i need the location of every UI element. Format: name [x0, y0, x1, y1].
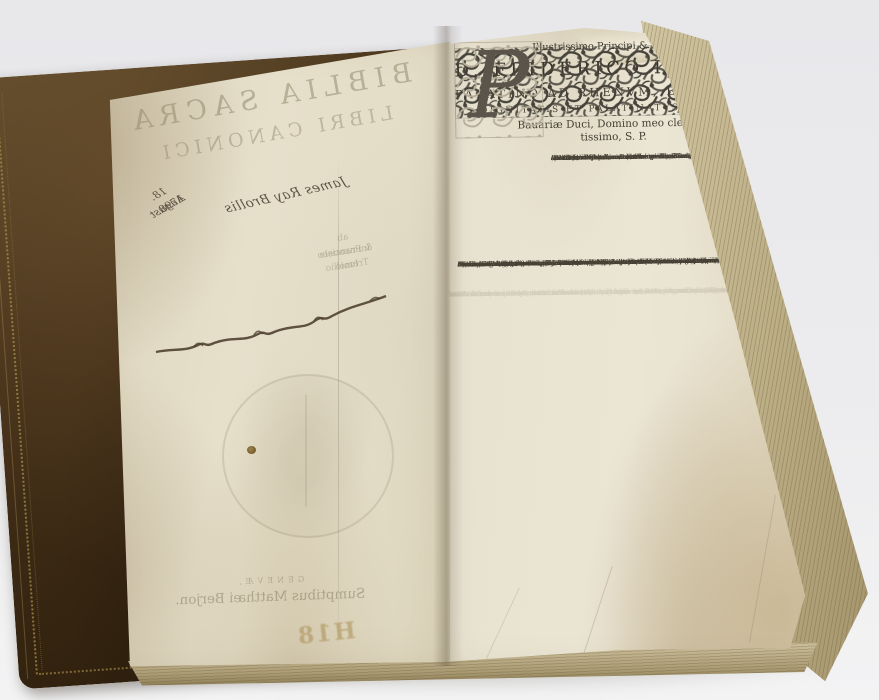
drop-cap-initial: P [454, 41, 543, 138]
dateline: April. 1587. [458, 259, 497, 271]
paper-crease [485, 588, 520, 661]
paper-crease [582, 566, 612, 657]
photo-backdrop: BIBLIA SACRA LIBRI CANONICI ab Immanuele… [0, 0, 879, 700]
text-line: do labori deputarem, operámque tandem ἀξ… [551, 149, 780, 164]
left-flyleaf-page: BIBLIA SACRA LIBRI CANONICI ab Immanuele… [100, 36, 452, 670]
bleedthrough-small-text: ab Immanuele Tremellio & Francisco Iunio [310, 216, 441, 250]
ink-spot [247, 446, 256, 454]
bleedthrough-line: Tuam itaque C. humiliter demisséque rogo… [425, 284, 764, 302]
bleedthrough-verso-text: menti partes, non satis aptis notis ad c… [464, 284, 764, 289]
cover-edge-highlight [0, 86, 28, 679]
owner-inscription-name: James Ray Brollis [187, 174, 348, 224]
printer-device-ghost [222, 374, 394, 538]
bleedthrough-imprint-publisher: Sumptibus Matthæi Berjon. [140, 584, 400, 609]
ink-scribble-line [152, 288, 392, 360]
drop-cap-letter: P [454, 35, 544, 136]
paper-crease [749, 495, 776, 643]
shelf-mark-stamp: H18 [295, 617, 357, 650]
owner-inscription-date: 18. August 1798. [139, 161, 212, 210]
bleedthrough-imprint: GENEVÆ, Sumptibus Matthæi Berjon. [140, 571, 401, 609]
gutter-fold-shadow [433, 26, 463, 666]
